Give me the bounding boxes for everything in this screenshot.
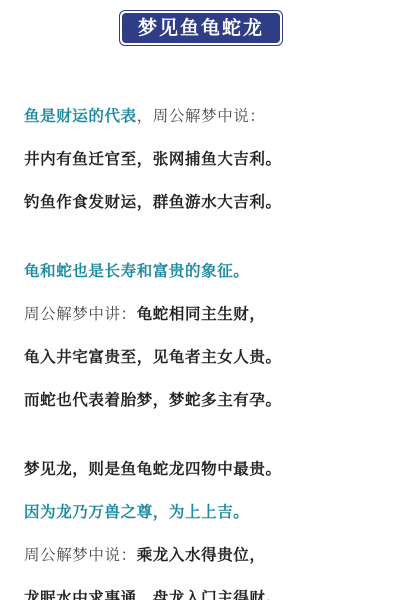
section-dragon-line-3: 周公解梦中说：乘龙入水得贵位， xyxy=(24,545,266,565)
section-fish-line-1: 鱼是财运的代表，周公解梦中说： xyxy=(24,106,266,126)
muted-text: 周公解梦中讲： xyxy=(24,305,137,323)
section-turtle-snake-line-3: 龟入井宅富贵至，见龟者主女人贵。 xyxy=(24,347,282,367)
body-text: 龟蛇相同主生财， xyxy=(137,305,266,323)
section-dragon-line-1: 梦见龙，则是鱼龟蛇龙四物中最贵。 xyxy=(24,459,282,479)
muted-text: 周公解梦中说： xyxy=(24,546,137,564)
section-dragon-line-4: 龙眠水中求事通，盘龙入门主得财。 xyxy=(24,588,282,600)
body-text: 梦见龙，则是鱼龟蛇龙四物中最贵。 xyxy=(24,460,282,478)
muted-text: ，周公解梦中说： xyxy=(137,107,266,125)
section-turtle-snake-line-2: 周公解梦中讲：龟蛇相同主生财， xyxy=(24,304,266,324)
highlight-text: 龟和蛇也是长寿和富贵的象征。 xyxy=(24,262,249,280)
highlight-text: 鱼是财运的代表 xyxy=(24,107,137,125)
body-text: 而蛇也代表着胎梦，梦蛇多主有孕。 xyxy=(24,391,282,409)
page-title: 梦见鱼龟蛇龙 xyxy=(122,13,280,43)
section-turtle-snake-line-1: 龟和蛇也是长寿和富贵的象征。 xyxy=(24,261,249,281)
section-fish-line-3: 钓鱼作食发财运，群鱼游水大吉利。 xyxy=(24,192,282,212)
highlight-text: 因为龙乃万兽之尊，为上上吉。 xyxy=(24,503,249,521)
section-dragon-line-2: 因为龙乃万兽之尊，为上上吉。 xyxy=(24,502,249,522)
section-turtle-snake-line-4: 而蛇也代表着胎梦，梦蛇多主有孕。 xyxy=(24,390,282,410)
body-text: 龟入井宅富贵至，见龟者主女人贵。 xyxy=(24,348,282,366)
body-text: 龙眠水中求事通，盘龙入门主得财。 xyxy=(24,589,282,600)
body-text: 钓鱼作食发财运，群鱼游水大吉利。 xyxy=(24,193,282,211)
title-banner: 梦见鱼龟蛇龙 xyxy=(119,10,283,46)
section-fish-line-2: 井内有鱼迁官至，张网捕鱼大吉利。 xyxy=(24,149,282,169)
body-text: 井内有鱼迁官至，张网捕鱼大吉利。 xyxy=(24,150,282,168)
body-text: 乘龙入水得贵位， xyxy=(137,546,266,564)
